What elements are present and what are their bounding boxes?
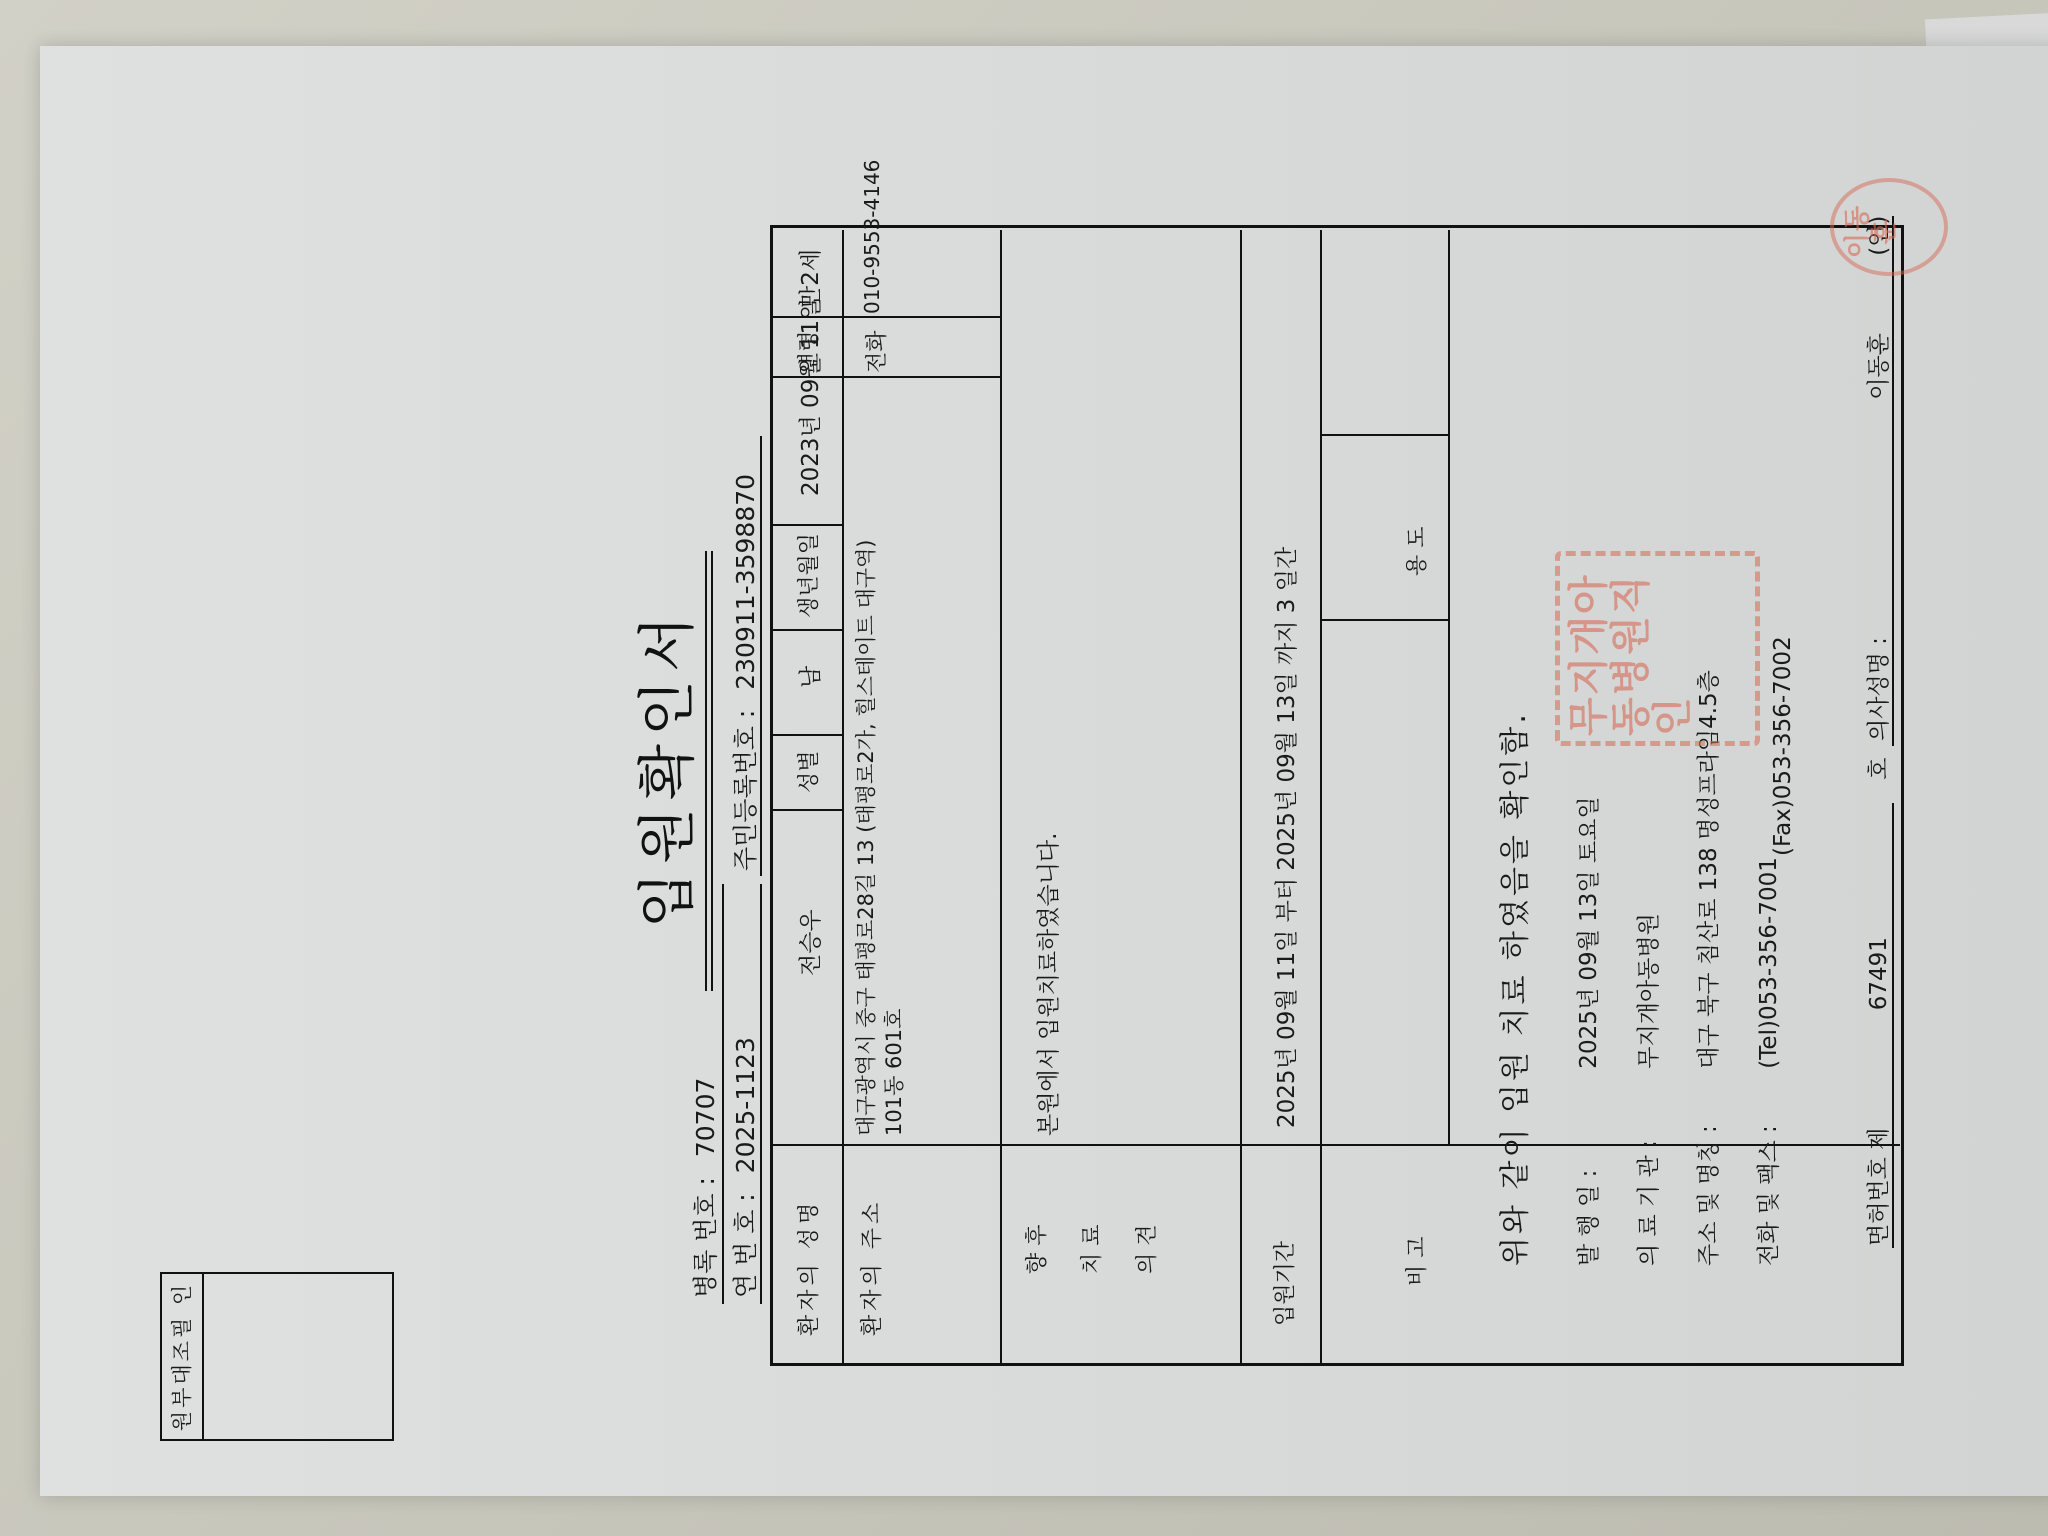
sex-value-divider [772, 734, 842, 736]
address-field: 주소 및 명칭 : 대구 북구 침산로 138 명성프라임4.5층 [1690, 670, 1723, 1266]
record-number-label: 병록 번호 : [691, 1177, 720, 1298]
title-underline-2 [711, 551, 713, 991]
purpose-bottom-divider [1448, 230, 1450, 1146]
patient-name-value: 전승우 [792, 909, 825, 976]
serial-number-underline [760, 884, 762, 1304]
serial-number-value: 2025-1123 [731, 1037, 760, 1173]
phone-value: 010-9553-4146 [860, 160, 884, 314]
verification-stamp-label: 원부대조필 인 [162, 1274, 202, 1439]
admission-table [770, 225, 1904, 1366]
row-divider-period [1320, 230, 1322, 1364]
sex-value: 남 [792, 666, 825, 688]
opinion-label-2: 치 료 [1075, 1225, 1106, 1275]
verification-stamp-header: 원부대조필 인 [162, 1274, 204, 1439]
license-underline [1892, 803, 1894, 1248]
age-label-col-divider [772, 376, 1000, 378]
license-suffix: 호 [1866, 758, 1892, 780]
resident-number-label: 주민등록번호 : [731, 710, 760, 871]
license-number: 67491 [1866, 937, 1892, 1010]
row-divider-name [842, 230, 844, 1364]
doctor-field: 의사성명 : 이동훈 (인) [1860, 216, 1893, 741]
period-value: 2025년 09월 11일 부터 2025년 09월 13일 까지 3 일간 [1268, 547, 1301, 1128]
contact-field: 전화 및 팩스 : (Tel)053-356-7001 [1750, 857, 1783, 1266]
age-label: 연령 [792, 330, 823, 373]
birth-value: 2023년 09월 11일 [792, 298, 825, 496]
fax-value: (Fax)053-356-7002 [1770, 636, 1796, 856]
doctor-label: 의사성명 : [1866, 637, 1892, 741]
treatment-opinion: 본원에서 입원치료하였습니다. [1030, 833, 1063, 1136]
doctor-underline [1892, 216, 1894, 746]
label-column-divider [772, 1144, 1320, 1146]
age-column-divider [772, 316, 1000, 318]
purpose-label-divider-left [1320, 619, 1448, 621]
institution-label: 의 료 기 관 : [1630, 1076, 1663, 1266]
sex-label-divider [772, 809, 842, 811]
verification-stamp-box: 원부대조필 인 [160, 1272, 394, 1441]
serial-number-field: 연 번 호 : 2025-1123 [726, 1037, 762, 1298]
doctor-name: 이동훈 [1866, 333, 1892, 400]
institution-field: 의 료 기 관 : 무지개아동병원 [1630, 913, 1663, 1266]
license-field: 면허번호 제 67491 호 [1860, 758, 1893, 1246]
phone-label: 전화 [860, 330, 891, 373]
certification-statement: 위와 같이 입원 치료 하였음을 확인함. [1490, 711, 1534, 1266]
tel-value: (Tel)053-356-7001 [1756, 857, 1782, 1069]
serial-number-label: 연 번 호 : [731, 1193, 760, 1298]
document-title: 입원확인서 [620, 0, 704, 1536]
sex-label: 성별 [792, 750, 823, 793]
license-label: 면허번호 제 [1866, 1128, 1892, 1246]
purpose-label-divider-right [1320, 434, 1448, 436]
opinion-label-1: 향 후 [1020, 1225, 1051, 1275]
resident-number-underline [760, 436, 762, 876]
remarks-label-divider [1320, 1144, 1900, 1146]
patient-address-line1: 대구광역시 중구 태평로28길 13 (태평로2가, 힐스테이트 대구역) [850, 540, 880, 1137]
row-divider-address [1000, 230, 1002, 1364]
patient-name-label: 환자의 성명 [792, 1199, 823, 1336]
address-label: 주소 및 명칭 : [1690, 1076, 1723, 1266]
birth-value-divider [772, 524, 842, 526]
issue-date-field: 발 행 일 : 2025년 09월 13일 토요일 [1570, 796, 1603, 1266]
period-label: 입원기간 [1268, 1241, 1299, 1326]
row-divider-opinion [1240, 230, 1242, 1364]
doctor-seal-text: 이동훈 [1845, 196, 1900, 266]
birth-label: 생년월일 [792, 533, 823, 618]
record-number-value: 70707 [691, 1078, 720, 1158]
opinion-label-3: 의 견 [1130, 1225, 1161, 1275]
hospital-seal-text: 무지개아동병원직인 [1568, 566, 1694, 736]
resident-number-field: 주민등록번호 : 230911-3598870 [726, 474, 762, 871]
resident-number-value: 230911-3598870 [731, 474, 760, 690]
record-number-field: 병록 번호 : 70707 [686, 1078, 722, 1298]
institution-value: 무지개아동병원 [1636, 913, 1662, 1069]
record-number-underline [722, 884, 724, 1304]
document-page: 원부대조필 인 입원확인서 병록 번호 : 70707 연 번 호 : 2025… [0, 0, 2048, 1536]
issue-date-label: 발 행 일 : [1570, 1076, 1603, 1266]
issue-date-value: 2025년 09월 13일 토요일 [1576, 796, 1602, 1068]
patient-address-label: 환자의 주소 [855, 1199, 886, 1336]
birth-label-divider [772, 629, 842, 631]
remarks-label: 비 고 [1400, 1237, 1431, 1287]
patient-address-line2: 101동 601호 [878, 1009, 908, 1136]
age-value: 만2세 [792, 249, 825, 308]
purpose-label: 용 도 [1400, 527, 1431, 577]
contact-label: 전화 및 팩스 : [1750, 1076, 1783, 1266]
title-underline [705, 551, 707, 991]
